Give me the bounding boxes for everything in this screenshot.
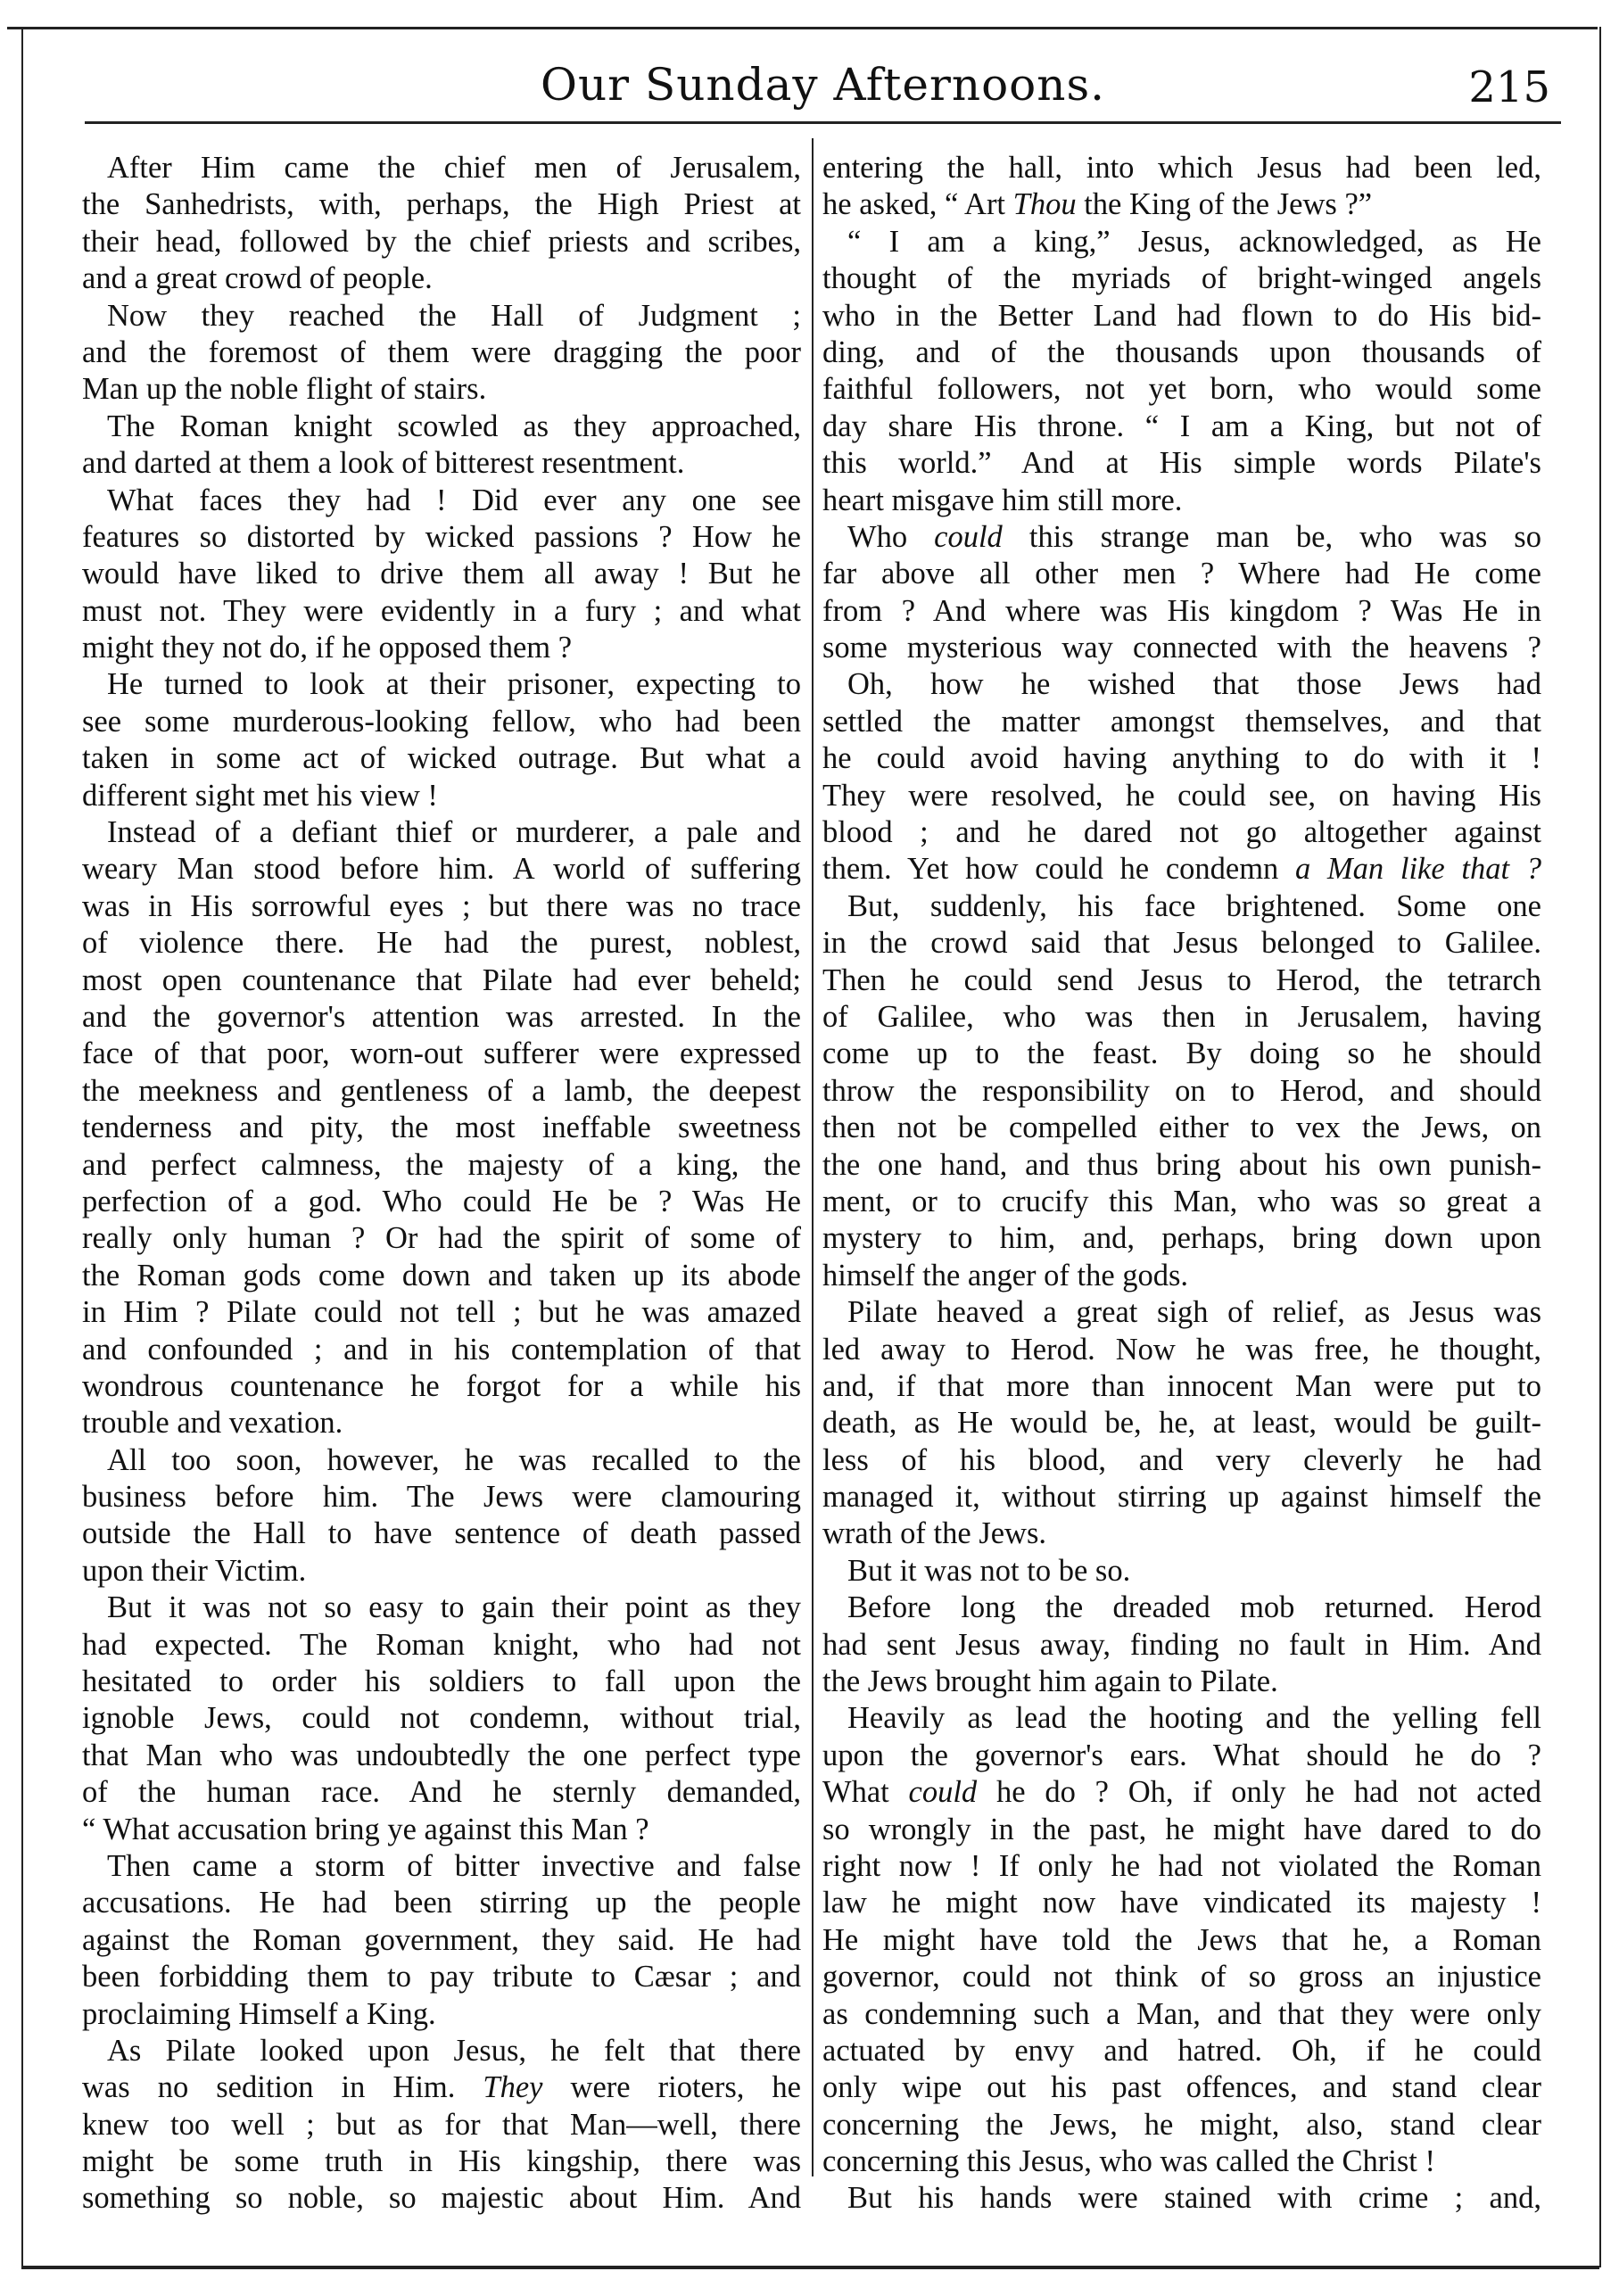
text-line: see some murderous-looking fellow, who h… <box>82 704 801 740</box>
text-line: less of his blood, and very cleverly he … <box>822 1442 1541 1479</box>
text-line: knew too well ; but as for that Man—well… <box>82 2107 801 2143</box>
text-line: What faces they had ! Did ever any one s… <box>82 483 801 519</box>
text-line: really only human ? Or had the spirit of… <box>82 1220 801 1257</box>
text-line: far above all other men ? Where had He c… <box>822 556 1541 592</box>
text-line: the Sanhedrists, with, perhaps, the High… <box>82 186 801 223</box>
text-line: must not. They were evidently in a fury … <box>82 593 801 630</box>
text-line: and perfect calmness, the majesty of a k… <box>82 1147 801 1184</box>
text-line: was in His sorrowful eyes ; but there wa… <box>82 888 801 925</box>
text-line: ment, or to crucify this Man, who was so… <box>822 1184 1541 1220</box>
text-line: who in the Better Land had flown to do H… <box>822 298 1541 334</box>
text-line: He turned to look at their prisoner, exp… <box>82 666 801 703</box>
text-line: their head, followed by the chief priest… <box>82 224 801 260</box>
text-line: Heavily as lead the hooting and the yell… <box>822 1700 1541 1737</box>
text-column-right: entering the hall, into which Jesus had … <box>822 150 1541 2218</box>
text-line: and confounded ; and in his contemplatio… <box>82 1332 801 1368</box>
text-line: would have liked to drive them all away … <box>82 556 801 592</box>
text-line: of the human race. And he sternly demand… <box>82 1774 801 1811</box>
text-line: then not be compelled either to vex the … <box>822 1110 1541 1146</box>
text-line: against the Roman government, they said.… <box>82 1922 801 1959</box>
text-line: Who could this strange man be, who was s… <box>822 519 1541 556</box>
text-line: led away to Herod. Now he was free, he t… <box>822 1332 1541 1368</box>
text-line: face of that poor, worn-out sufferer wer… <box>82 1036 801 1072</box>
emphasis: a Man like that ? <box>1295 852 1541 886</box>
text-column-left: After Him came the chief men of Jerusale… <box>82 150 801 2218</box>
text-line: Pilate heaved a great sigh of relief, as… <box>822 1294 1541 1331</box>
text-line: All too soon, however, he was recalled t… <box>82 1442 801 1479</box>
text-line: Before long the dreaded mob returned. He… <box>822 1590 1541 1626</box>
text-line: They were resolved, he could see, on hav… <box>822 778 1541 814</box>
text-line: of Galilee, who was then in Jerusalem, h… <box>822 999 1541 1036</box>
text-line: throw the responsibility on to Herod, an… <box>822 1073 1541 1110</box>
text-line: taken in some act of wicked outrage. But… <box>82 740 801 777</box>
text-line: that Man who was undoubtedly the one per… <box>82 1738 801 1774</box>
text-line: business before him. The Jews were clamo… <box>82 1479 801 1516</box>
text-line: been forbidding them to pay tribute to C… <box>82 1959 801 1995</box>
text-line: them. Yet how could he condemn a Man lik… <box>822 851 1541 888</box>
text-line: and a great crowd of people. <box>82 260 801 297</box>
text-line: wondrous countenance he forgot for a whi… <box>82 1368 801 1405</box>
text-line: wrath of the Jews. <box>822 1516 1541 1552</box>
text-line: “ What accusation bring ye against this … <box>82 1812 801 1848</box>
text-line: What could he do ? Oh, if only he had no… <box>822 1774 1541 1811</box>
page-number: 215 <box>1468 62 1550 112</box>
text-line: day share His throne. “ I am a King, but… <box>822 409 1541 445</box>
text-line: “ I am a king,” Jesus, acknowledged, as … <box>822 224 1541 260</box>
text-line: He might have told the Jews that he, a R… <box>822 1922 1541 1959</box>
text-line: Instead of a defiant thief or murderer, … <box>82 814 801 851</box>
text-line: most open countenance that Pilate had ev… <box>82 962 801 999</box>
running-header: Our Sunday Afternoons. 215 <box>85 54 1561 118</box>
text-line: ding, and of the thousands upon thousand… <box>822 334 1541 371</box>
text-line: ignoble Jews, could not condemn, without… <box>82 1700 801 1737</box>
text-line: upon the governor's ears. What should he… <box>822 1738 1541 1774</box>
text-line: Man up the noble flight of stairs. <box>82 371 801 408</box>
text-line: But, suddenly, his face brightened. Some… <box>822 888 1541 925</box>
text-line: weary Man stood before him. A world of s… <box>82 851 801 888</box>
text-line: come up to the feast. By doing so he sho… <box>822 1036 1541 1072</box>
text-line: But his hands were stained with crime ; … <box>822 2180 1541 2217</box>
emphasis: Thou <box>1013 187 1077 221</box>
text-line: he asked, “ Art Thou the King of the Jew… <box>822 186 1541 223</box>
text-line: perfection of a god. Who could He be ? W… <box>82 1184 801 1220</box>
text-line: settled the matter amongst themselves, a… <box>822 704 1541 740</box>
text-line: and the governor's attention was arreste… <box>82 999 801 1036</box>
text-line: accusations. He had been stirring up the… <box>82 1885 801 1921</box>
text-line: might they not do, if he opposed them ? <box>82 630 801 666</box>
text-line: Then he could send Jesus to Herod, the t… <box>822 962 1541 999</box>
text-line: different sight met his view ! <box>82 778 801 814</box>
text-line: heart misgave him still more. <box>822 483 1541 519</box>
text-line: had expected. The Roman knight, who had … <box>82 1627 801 1664</box>
text-line: Then came a storm of bitter invective an… <box>82 1848 801 1885</box>
text-line: from ? And where was His kingdom ? Was H… <box>822 593 1541 630</box>
text-line: the one hand, and thus bring about his o… <box>822 1147 1541 1184</box>
text-line: he could avoid having anything to do wit… <box>822 740 1541 777</box>
text-line: this world.” And at His simple words Pil… <box>822 445 1541 482</box>
header-rule <box>85 121 1561 124</box>
text-line: blood ; and he dared not go altogether a… <box>822 814 1541 851</box>
text-line: tenderness and pity, the most ineffable … <box>82 1110 801 1146</box>
text-line: concerning this Jesus, who was called th… <box>822 2143 1541 2180</box>
text-line: concerning the Jews, he might, also, sta… <box>822 2107 1541 2143</box>
text-line: had sent Jesus away, finding no fault in… <box>822 1627 1541 1664</box>
emphasis: could <box>909 1775 978 1809</box>
text-line: right now ! If only he had not violated … <box>822 1848 1541 1885</box>
text-line: the meekness and gentleness of a lamb, t… <box>82 1073 801 1110</box>
text-line: features so distorted by wicked passions… <box>82 519 801 556</box>
text-line: actuated by envy and hatred. Oh, if he c… <box>822 2033 1541 2069</box>
text-line: managed it, without stirring up against … <box>822 1479 1541 1516</box>
text-line: in the crowd said that Jesus belonged to… <box>822 925 1541 962</box>
publication-title: Our Sunday Afternoons. <box>85 59 1561 111</box>
text-line: and darted at them a look of bitterest r… <box>82 445 801 482</box>
text-line: some mysterious way connected with the h… <box>822 630 1541 666</box>
text-line: Oh, how he wished that those Jews had <box>822 666 1541 703</box>
text-line: trouble and vexation. <box>82 1405 801 1441</box>
text-line: mystery to him, and, perhaps, bring down… <box>822 1220 1541 1257</box>
text-line: law he might now have vindicated its maj… <box>822 1885 1541 1921</box>
text-line: As Pilate looked upon Jesus, he felt tha… <box>82 2033 801 2069</box>
text-line: thought of the myriads of bright-winged … <box>822 260 1541 297</box>
text-line: upon their Victim. <box>82 1553 801 1590</box>
text-line: something so noble, so majestic about Hi… <box>82 2180 801 2217</box>
text-line: only wipe out his past offences, and sta… <box>822 2069 1541 2106</box>
text-line: faithful followers, not yet born, who wo… <box>822 371 1541 408</box>
text-line: death, as He would be, he, at least, wou… <box>822 1405 1541 1441</box>
text-line: hesitated to order his soldiers to fall … <box>82 1664 801 1700</box>
text-line: outside the Hall to have sentence of dea… <box>82 1516 801 1552</box>
text-line: and the foremost of them were dragging t… <box>82 334 801 371</box>
emphasis: could <box>934 520 1003 554</box>
text-line: was no sedition in Him. They were rioter… <box>82 2069 801 2106</box>
text-line: But it was not to be so. <box>822 1553 1541 1590</box>
text-line: entering the hall, into which Jesus had … <box>822 150 1541 186</box>
text-line: the Roman gods come down and taken up it… <box>82 1258 801 1294</box>
text-line: might be some truth in His kingship, the… <box>82 2143 801 2180</box>
text-line: himself the anger of the gods. <box>822 1258 1541 1294</box>
emphasis: They <box>483 2070 542 2104</box>
text-line: and, if that more than innocent Man were… <box>822 1368 1541 1405</box>
text-line: the Jews brought him again to Pilate. <box>822 1664 1541 1700</box>
text-line: governor, could not think of so gross an… <box>822 1959 1541 1995</box>
page-border-bottom <box>21 2266 1599 2269</box>
text-line: so wrongly in the past, he might have da… <box>822 1812 1541 1848</box>
text-line: But it was not so easy to gain their poi… <box>82 1590 801 1626</box>
text-line: The Roman knight scowled as they approac… <box>82 409 801 445</box>
text-line: proclaiming Himself a King. <box>82 1996 801 2033</box>
text-line: After Him came the chief men of Jerusale… <box>82 150 801 186</box>
text-line: Now they reached the Hall of Judgment ; <box>82 298 801 334</box>
text-line: in Him ? Pilate could not tell ; but he … <box>82 1294 801 1331</box>
text-line: as condemning such a Man, and that they … <box>822 1996 1541 2033</box>
text-line: of violence there. He had the purest, no… <box>82 925 801 962</box>
column-divider <box>812 138 814 2176</box>
